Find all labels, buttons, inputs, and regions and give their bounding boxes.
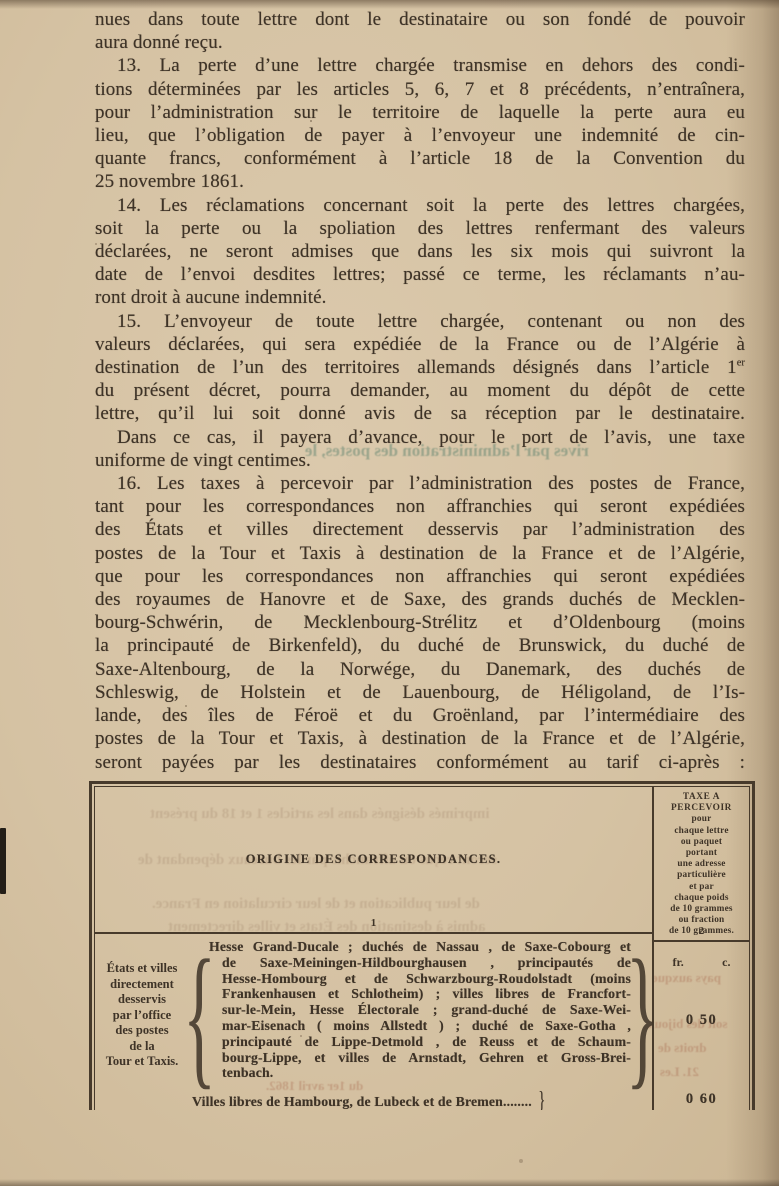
table-body-row-2: Villes libres de Hambourg, de Lubeck et …	[95, 1094, 652, 1110]
page-edge-ink-mark	[0, 828, 6, 894]
table-body-row-1: États et villesdirectementdesservispar l…	[95, 934, 652, 1091]
group-label: États et villesdirectementdesservispar l…	[95, 939, 189, 1091]
tax-header-lines: TAXE A PERCEVOIRpourchaque lettreou paqu…	[654, 792, 749, 938]
column-number-1: 1	[95, 917, 652, 929]
origin-title: ORIGINE DES CORRESPONDANCES.	[246, 852, 502, 867]
tax-value-row2: 0 60	[686, 1091, 717, 1108]
row1-text: Hesse Grand-Ducale ; duchés de Nassau , …	[209, 939, 632, 1091]
left-brace-icon: {	[189, 939, 209, 1091]
tariff-table-inner-border: ORIGINE DES CORRESPONDANCES. 1 États et …	[94, 786, 750, 1110]
origin-header-cell: ORIGINE DES CORRESPONDANCES. 1	[95, 787, 652, 934]
tariff-table: ORIGINE DES CORRESPONDANCES. 1 États et …	[89, 781, 755, 1110]
right-brace-icon: }	[632, 939, 652, 1091]
unit-francs: fr.	[673, 955, 684, 970]
currency-units: fr. c.	[673, 955, 731, 970]
tax-header-cell: TAXE A PERCEVOIRpourchaque lettreou paqu…	[654, 787, 749, 942]
row2-brace-icon: }	[538, 1094, 545, 1110]
document-text: nues dans toute lettre dont le destinata…	[95, 8, 745, 774]
origin-column: ORIGINE DES CORRESPONDANCES. 1 États et …	[95, 787, 652, 1110]
tax-value-row1: 0 50	[686, 1012, 717, 1029]
scanned-page: rives par l’administration des postes, l…	[0, 0, 779, 1186]
row2-text: Villes libres de Hambourg, de Lubeck et …	[192, 1094, 532, 1110]
column-number-2: 2	[654, 926, 749, 937]
tax-column: TAXE A PERCEVOIRpourchaque lettreou paqu…	[652, 787, 749, 1110]
unit-centimes: c.	[722, 955, 730, 970]
